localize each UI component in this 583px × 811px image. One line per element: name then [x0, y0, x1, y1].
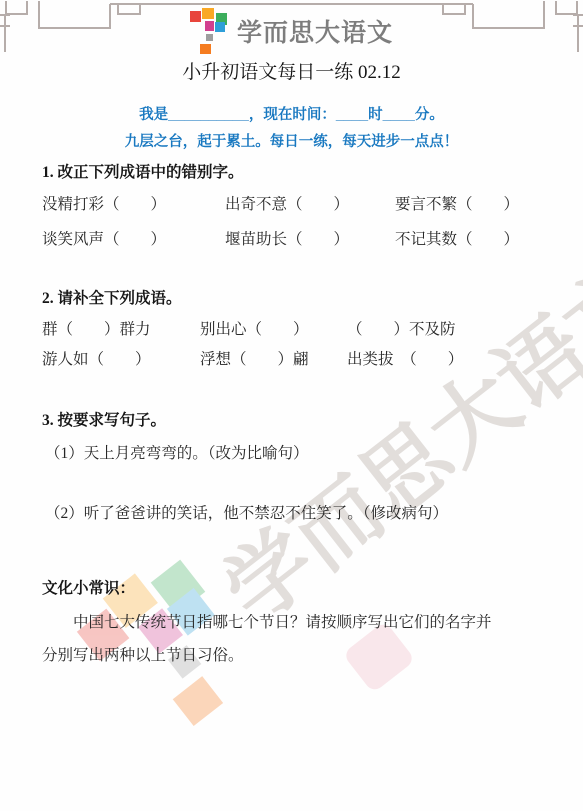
- idiom-blank-cell: 不记其数（ ）: [395, 227, 553, 249]
- exercise2-row1: 群（ ）群力 别出心（ ） （ ）不及防: [42, 317, 553, 339]
- logo-pixel-magenta: [205, 21, 214, 31]
- logo-pixel-orange: [202, 8, 214, 19]
- logo-pixel-blue: [215, 22, 225, 32]
- exercise1-heading: 1. 改正下列成语中的错别字。: [42, 160, 244, 182]
- watermark-pixel-green: [151, 560, 206, 615]
- idiom-blank-cell: 出类拔 （ ）: [347, 347, 553, 369]
- exercise3-item1: （1）天上月亮弯弯的。（改为比喻句）: [45, 441, 309, 463]
- logo-pixel-gray: [206, 34, 213, 41]
- exercise3-item2: （2）听了爸爸讲的笑话，他不禁忍不住笑了。（修改病句）: [45, 501, 448, 523]
- watermark-pixel-orange2: [173, 676, 223, 726]
- idiom-blank-cell: 堰苗助长（ ）: [225, 227, 395, 249]
- idiom-blank-cell: 游人如（ ）: [42, 347, 200, 369]
- exercise3-heading: 3. 按要求写句子。: [42, 408, 166, 430]
- page-title: 小升初语文每日一练 02.12: [0, 57, 583, 84]
- idiom-blank-cell: 群（ ）群力: [42, 317, 200, 339]
- exercise2-heading: 2. 请补全下列成语。: [42, 286, 182, 308]
- brand-header: 学而思大语文: [0, 8, 583, 54]
- idiom-blank-cell: 没精打彩（ ）: [42, 192, 225, 214]
- idiom-blank-cell: 谈笑风声（ ）: [42, 227, 225, 249]
- idiom-blank-cell: 要言不繁（ ）: [395, 192, 553, 214]
- diagonal-brand-watermark: 学而思大语文: [116, 230, 583, 706]
- exercise1-row1: 没精打彩（ ） 出奇不意（ ） 要言不繁（ ）: [42, 192, 553, 214]
- logo-pixel-red: [190, 11, 201, 22]
- worksheet-page: 学而思大语文 学而思大语文 小升初语文每日一练 02.12 我是________…: [0, 0, 583, 811]
- idiom-blank-cell: （ ）不及防: [347, 317, 553, 339]
- logo-pixel-orange2: [200, 44, 211, 54]
- idiom-blank-cell: 别出心（ ）: [200, 317, 347, 339]
- exercise1-row2: 谈笑风声（ ） 堰苗助长（ ） 不记其数（ ）: [42, 227, 553, 249]
- culture-line2: 分别写出两种以上节日习俗。: [42, 643, 553, 665]
- brand-logo-text: 学而思大语文: [237, 13, 393, 49]
- brand-logo-pixels-icon: [190, 8, 228, 54]
- idiom-blank-cell: 浮想（ ）翩: [200, 347, 347, 369]
- idiom-blank-cell: 出奇不意（ ）: [225, 192, 395, 214]
- intro-motto-line: 九层之台，起于累土。每日一练，每天进步一点点！: [0, 130, 583, 151]
- culture-line1: 中国七大传统节日指哪七个节日？请按顺序写出它们的名字并: [42, 610, 553, 632]
- watermark-text: 学而思大语文: [194, 230, 583, 645]
- culture-heading: 文化小常识：: [42, 576, 135, 598]
- intro-name-time-line: 我是__________，现在时间：____时____分。: [0, 103, 583, 124]
- exercise2-row2: 游人如（ ） 浮想（ ）翩 出类拔 （ ）: [42, 347, 553, 369]
